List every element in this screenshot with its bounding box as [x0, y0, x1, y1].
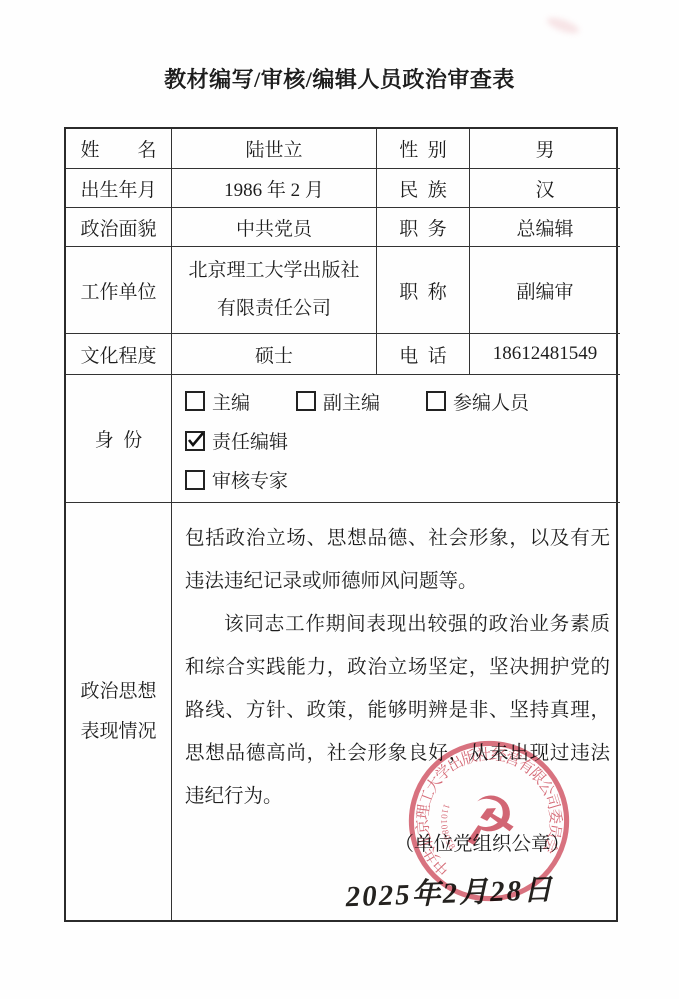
ethnicity-label: 民族 [377, 169, 470, 208]
education-label: 文化程度 [66, 334, 172, 375]
form-title: 教材编写/审核/编辑人员政治审查表 [0, 63, 679, 94]
checkbox-contributor: 参编人员 [426, 388, 529, 415]
hammer-sickle-icon: ☭ [456, 784, 522, 862]
checkbox-responsible-editor: 责任编辑 [185, 427, 288, 454]
review-section-label: 政治思想 表现情况 [66, 503, 172, 920]
political-status-value: 中共党员 [172, 208, 377, 247]
work-unit-value: 北京理工大学出版社有限责任公司 [172, 247, 377, 334]
work-unit-label: 工作单位 [66, 247, 172, 334]
review-definition-paragraph: 包括政治立场、思想品德、社会形象，以及有无违法违纪记录或师德师风问题等。 [185, 517, 610, 603]
checkbox-unchecked-icon [185, 391, 205, 411]
ink-smudge [545, 15, 581, 37]
job-title-label: 职称 [377, 247, 470, 334]
name-label: 姓 名 [66, 129, 172, 169]
education-value: 硕士 [172, 334, 377, 375]
gender-value: 男 [470, 129, 620, 169]
checkbox-checked-icon [185, 431, 205, 451]
name-value: 陆世立 [172, 129, 377, 169]
checkbox-unchecked-icon [426, 391, 446, 411]
checkbox-chief-editor: 主编 [185, 388, 250, 415]
position-value: 总编辑 [470, 208, 620, 247]
position-label: 职务 [377, 208, 470, 247]
gender-label: 性别 [377, 129, 470, 169]
identity-option-row: 审核专家 [185, 461, 288, 499]
checkbox-unchecked-icon [296, 391, 316, 411]
identity-option-row: 责任编辑 [185, 422, 288, 460]
ethnicity-value: 汉 [470, 169, 620, 208]
job-title-value: 副编审 [470, 247, 620, 334]
identity-options: 主编 副主编 参编人员 责任编辑 [172, 375, 620, 503]
birth-date-label: 出生年月 [66, 169, 172, 208]
political-status-label: 政治面貌 [66, 208, 172, 247]
phone-value: 18612481549 [470, 334, 620, 375]
checkbox-deputy-chief-editor: 副主编 [296, 388, 380, 415]
identity-label: 身份 [66, 375, 172, 503]
checkbox-review-expert: 审核专家 [185, 466, 288, 493]
birth-date-value: 1986 年 2 月 [172, 169, 377, 208]
checkbox-unchecked-icon [185, 470, 205, 490]
identity-option-row: 主编 副主编 参编人员 [185, 382, 529, 420]
party-seal-stamp: 中共北京理工大学出版社经营有限公司委员会 1101080585 ☭ [382, 714, 595, 927]
phone-label: 电话 [377, 334, 470, 375]
